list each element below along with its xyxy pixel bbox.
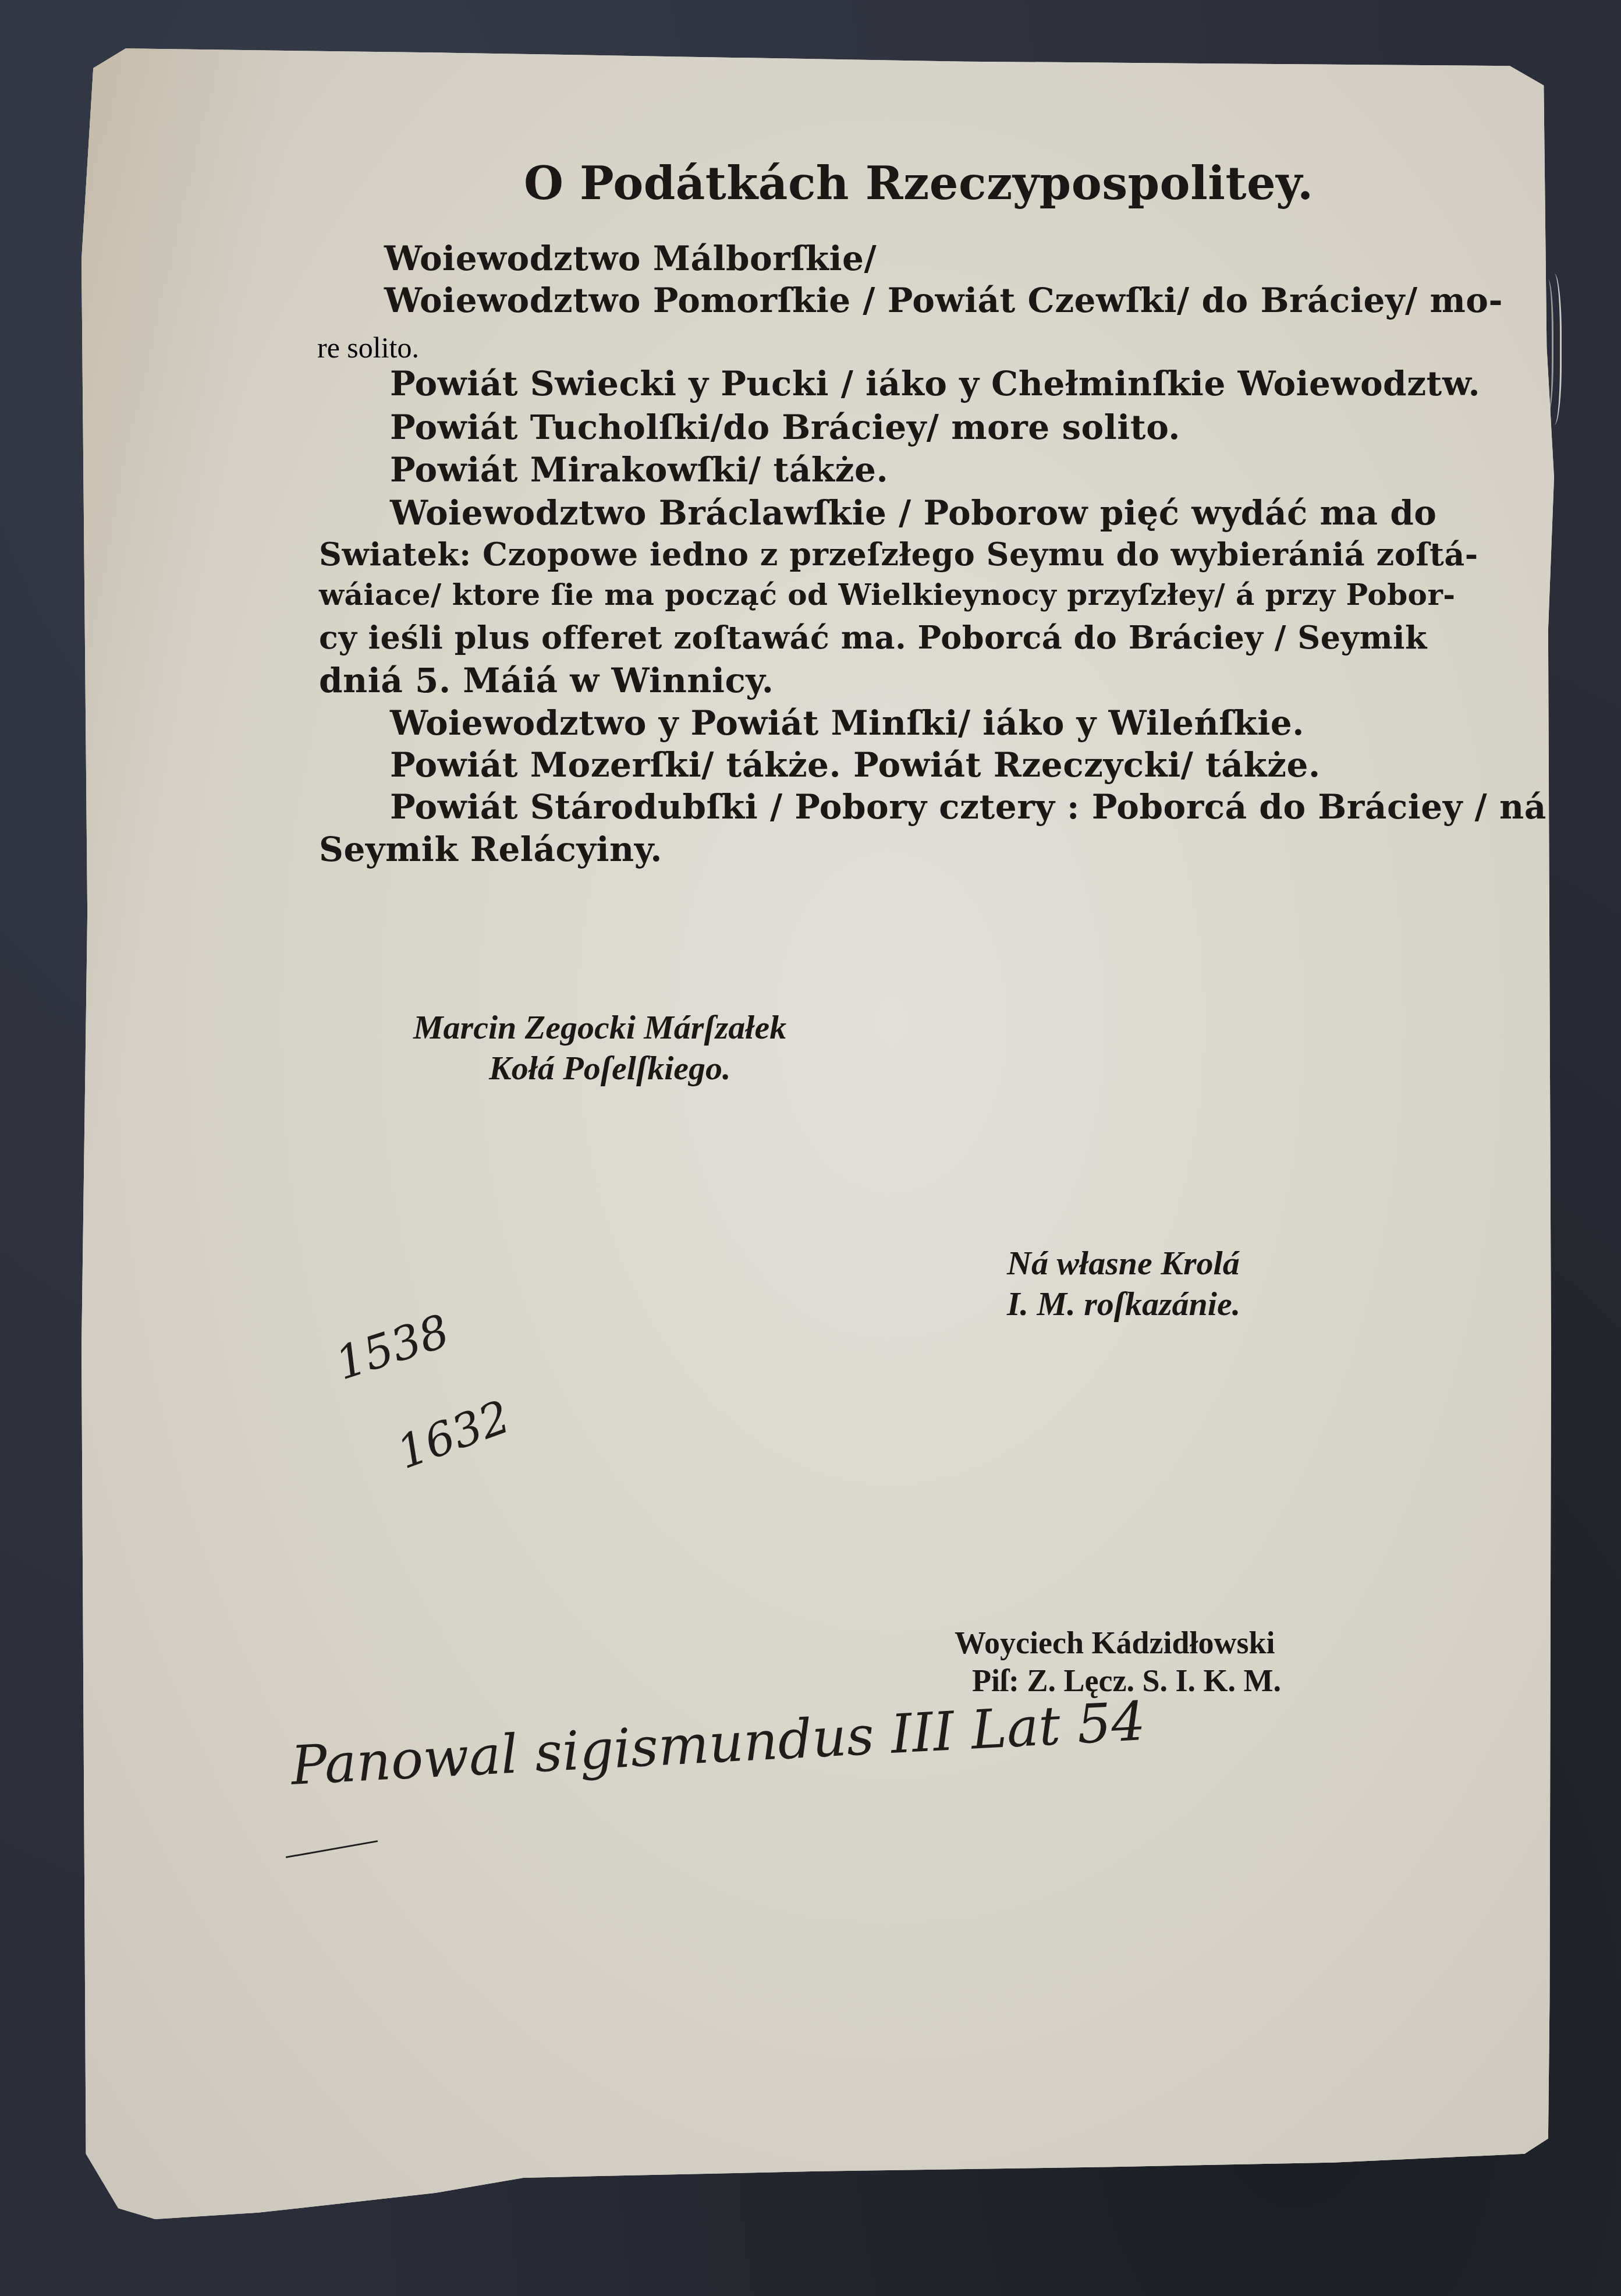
- text-line: dniá 5. Máiá w Winnicy.: [319, 664, 774, 697]
- text-line: Woiewodztwo y Powiát Minſki/ iáko y Wile…: [390, 706, 1304, 740]
- text-line: Powiát Mirakowſki/ tákże.: [390, 453, 888, 487]
- signature-line: Kołá Poſelſkiego.: [413, 1048, 786, 1089]
- signature-line: Marcin Zegocki Márſzałek: [413, 1007, 786, 1048]
- royal-order-line: I. M. roſkazánie.: [1007, 1284, 1240, 1324]
- signature-line: Woyciech Kádzidłowski: [955, 1624, 1281, 1662]
- text-line: Powiát Swiecki y Pucki / iáko y Chełminſ…: [390, 367, 1480, 401]
- text-line: Swiatek: Czopowe iedno z przeſzłego Seym…: [319, 538, 1478, 570]
- text-line: Powiát Mozerſki/ tákże. Powiát Rzeczycki…: [390, 748, 1321, 782]
- page-title: O Podátkách Rzeczypospolitey.: [524, 157, 1314, 210]
- text-line: cy ieśli plus offeret zoſtawáć ma. Pobor…: [319, 622, 1427, 653]
- latin-phrase: re solito.: [317, 331, 419, 364]
- royal-order: Ná własne Krolá I. M. roſkazánie.: [1007, 1243, 1240, 1324]
- text-line: Woiewodztwo Bráclawſkie / Poborow pięć w…: [390, 496, 1436, 530]
- text-line: re solito.: [317, 329, 419, 363]
- royal-order-line: Ná własne Krolá: [1007, 1243, 1240, 1284]
- signature-scribe: Woyciech Kádzidłowski Piſ: Z. Lęcz. S. I…: [955, 1624, 1281, 1700]
- ink-stain: [1560, 307, 1585, 330]
- text-line: Seymik Relácyiny.: [319, 832, 662, 866]
- text-line: Woiewodztwo Pomorſkie / Powiát Czewſki/ …: [384, 284, 1503, 317]
- text-line: wáiace/ ktore ſie ma począć od Wielkieyn…: [319, 580, 1456, 610]
- signature-marshal: Marcin Zegocki Márſzałek Kołá Poſelſkieg…: [413, 1007, 786, 1088]
- text-line: Powiát Tucholſki/do Bráciey/ more solito…: [390, 410, 1180, 444]
- text-line: Woiewodztwo Málborſkie/: [384, 242, 877, 275]
- text-line: Powiát Stárodubſki / Pobory cztery : Pob…: [390, 790, 1546, 824]
- binding-thread: [1540, 279, 1553, 413]
